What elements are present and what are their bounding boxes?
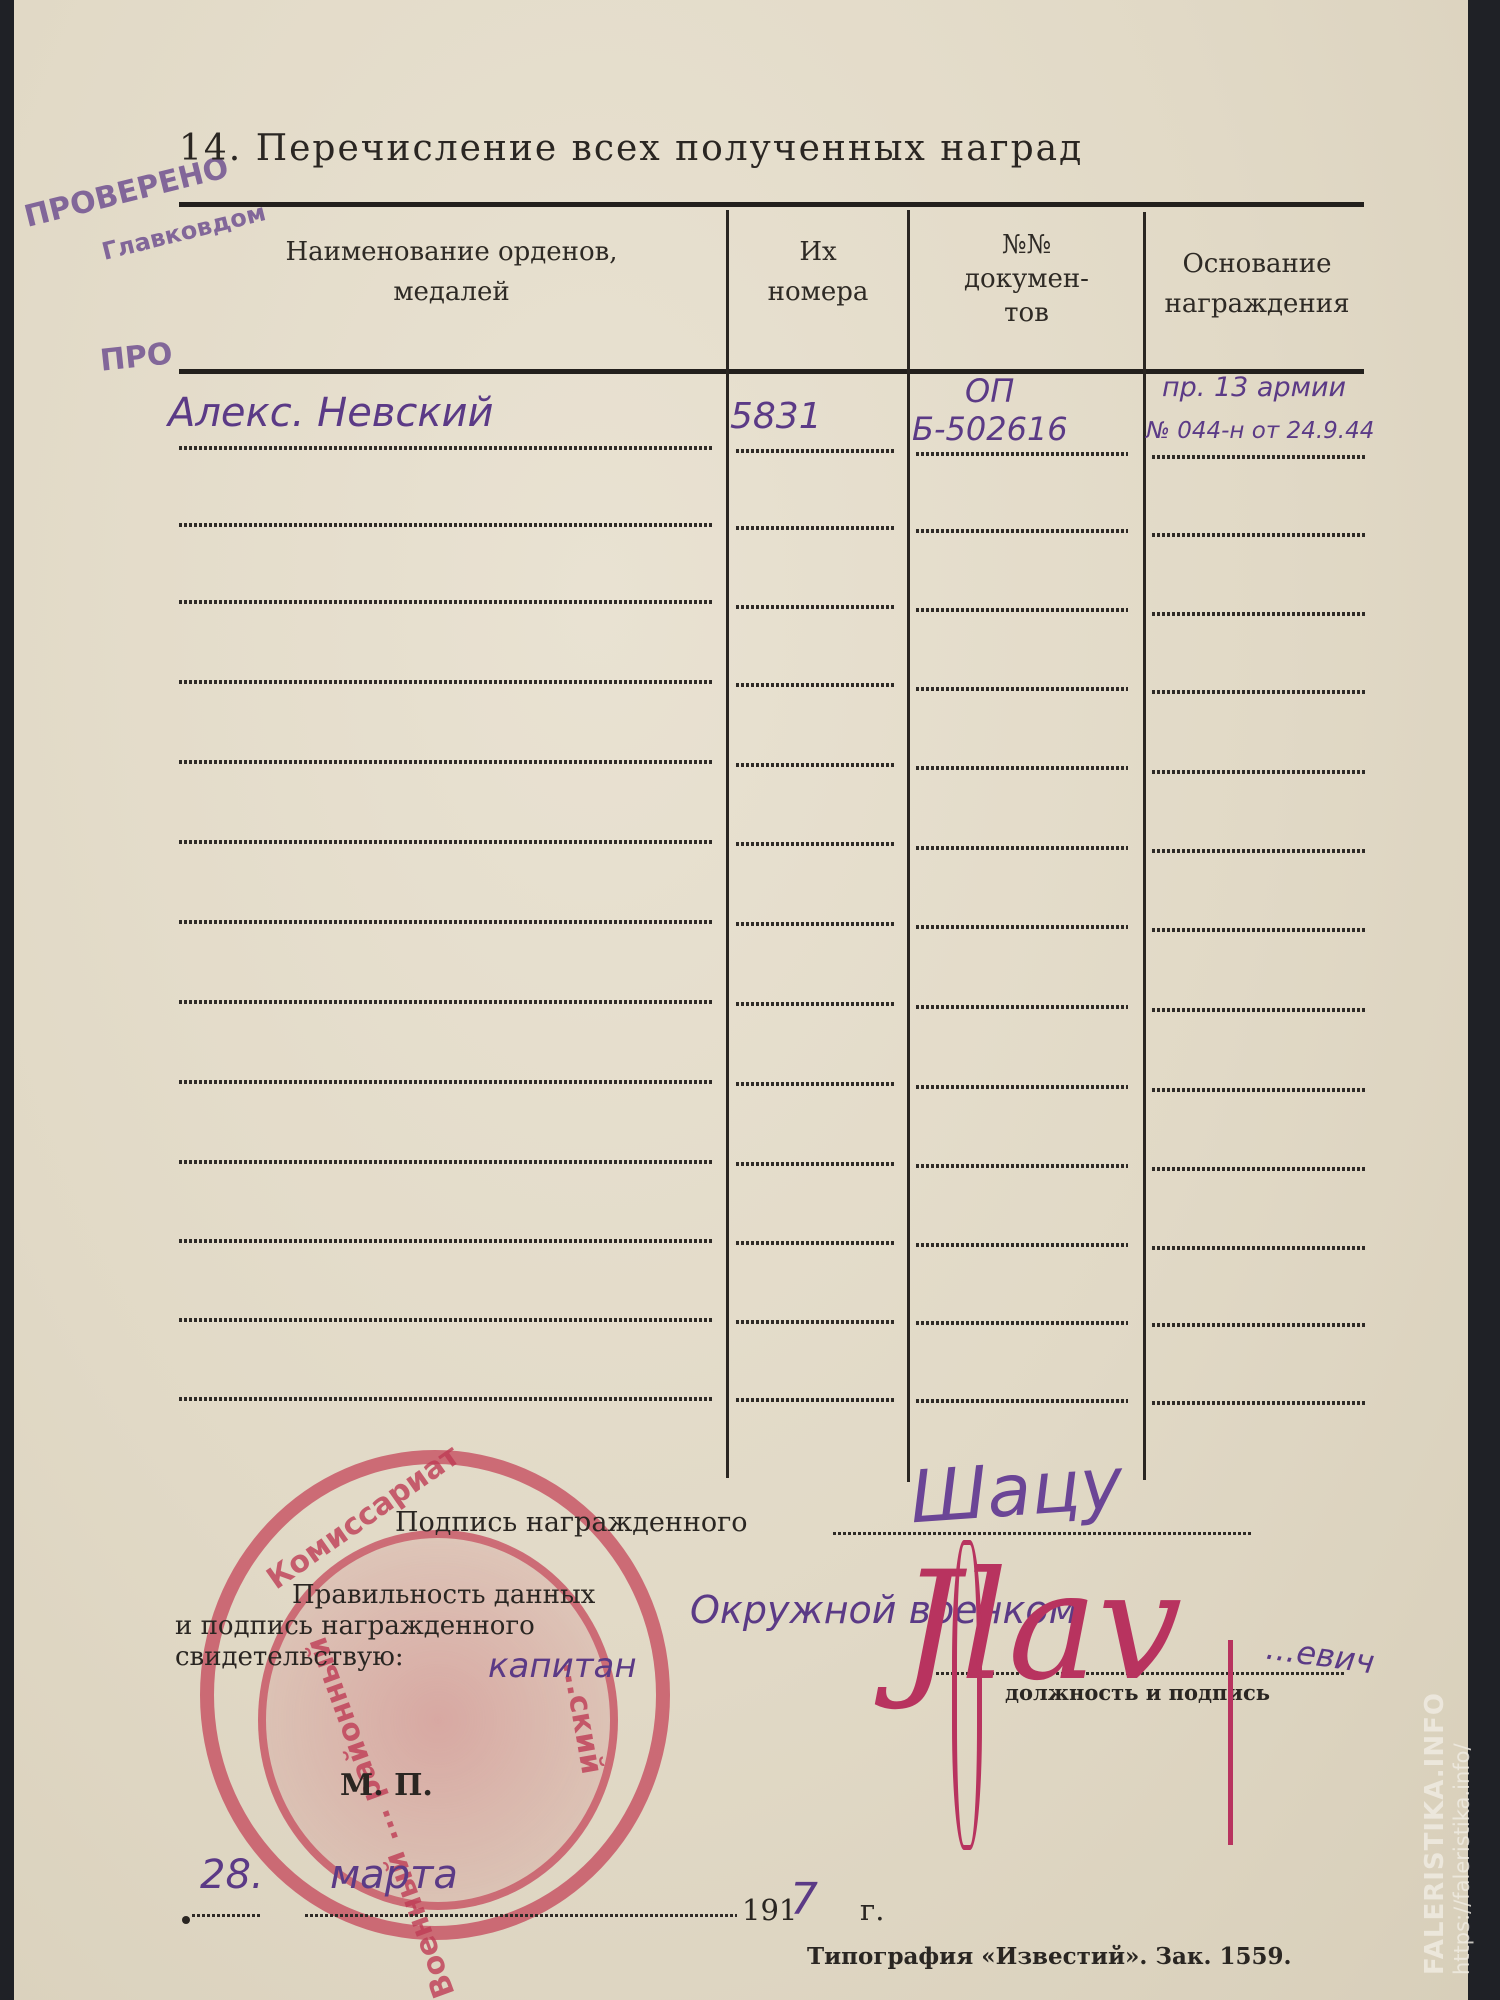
award-name-cell: Алекс. Невский	[168, 390, 494, 436]
header-line: награждения	[1146, 284, 1368, 324]
date-month-line	[305, 1914, 737, 1917]
header-line: №№	[910, 228, 1143, 262]
basis-line2: № 044-н от 24.9.44	[1146, 418, 1374, 444]
recipient-signature: Шацу	[907, 1441, 1125, 1540]
printer-imprint: Типография «Известий». Зак. 1559.	[807, 1943, 1292, 1970]
certifier-signature-tail	[1228, 1640, 1233, 1845]
date-year-handwritten: 7	[790, 1874, 818, 1925]
watermark-url: https://faleristika.info/	[1450, 1692, 1474, 1975]
certifier-signature-loop	[952, 1540, 982, 1850]
certifier-signature: Jlav	[900, 1540, 1182, 1714]
header-line: докумен-	[910, 262, 1143, 296]
award-number-cell: 5831	[730, 396, 822, 437]
column-header-basis: Основание награждения	[1146, 244, 1368, 324]
watermark: FALERISTIKA.INFO https://faleristika.inf…	[1420, 1692, 1474, 1975]
column-divider-2	[907, 210, 910, 1482]
recipient-signature-label: Подпись награжденного	[395, 1507, 748, 1538]
date-dot	[182, 1916, 190, 1924]
header-line: тов	[910, 296, 1143, 330]
table-top-rule	[179, 202, 1364, 207]
column-header-award-name: Наименование орденов, медалей	[179, 232, 724, 312]
date-day: 28.	[200, 1852, 264, 1898]
column-header-document-no: №№ докумен- тов	[910, 228, 1143, 330]
seal-placeholder-label: М. П.	[340, 1768, 433, 1803]
header-line: Основание	[1146, 244, 1368, 284]
basis-line1: пр. 13 армии	[1162, 372, 1346, 403]
header-line: номера	[729, 272, 907, 312]
date-month: марта	[330, 1852, 458, 1898]
date-year-suffix: г.	[860, 1893, 884, 1927]
column-header-number: Их номера	[729, 232, 907, 312]
certifier-rank-handwritten: капитан	[488, 1646, 637, 1686]
column-divider-3	[1143, 212, 1146, 1480]
certification-label-line: Правильность данных	[175, 1580, 595, 1611]
document-no-line2: Б-502616	[912, 410, 1068, 448]
date-day-line	[192, 1914, 262, 1917]
watermark-brand: FALERISTIKA.INFO	[1420, 1692, 1450, 1975]
recipient-signature-line	[833, 1532, 1251, 1535]
document-no-line1: ОП	[965, 372, 1014, 410]
section-title: 14. Перечисление всех полученных наград	[179, 128, 1083, 169]
header-line: медалей	[179, 272, 724, 312]
certification-label-line: и подпись награжденного	[175, 1611, 595, 1642]
header-line: Их	[729, 232, 907, 272]
header-line: Наименование орденов,	[179, 232, 724, 272]
column-divider-1	[726, 210, 729, 1478]
